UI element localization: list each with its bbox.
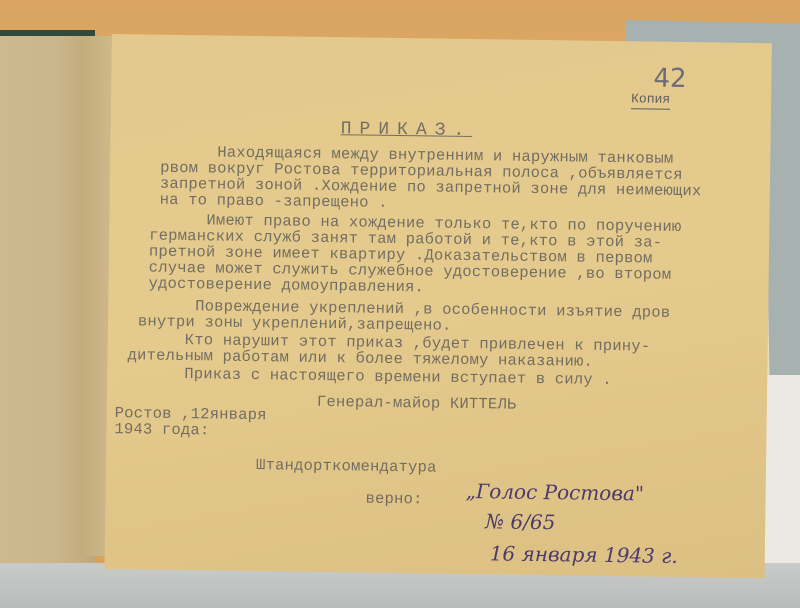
issuer: Штандорткомендатура xyxy=(256,456,437,477)
place-date-line-2: 1943 года: xyxy=(114,420,209,439)
signature-line: Генерал-майор КИТТЕЛЬ xyxy=(317,393,517,414)
white-paper-edge xyxy=(765,375,800,575)
handwritten-date: 16 января 1943 г. xyxy=(490,541,678,568)
body-line: удостоверение домоуправления. xyxy=(148,275,424,297)
body-line: на то право -запрещено . xyxy=(160,191,388,212)
typed-order-page: 42 Копия ПРИКАЗ. Находящаяся между внутр… xyxy=(105,34,772,578)
handwritten-issue: № 6/65 xyxy=(485,509,556,534)
handwritten-source: „Голос Ростова" xyxy=(465,479,644,505)
certified-label: верно: xyxy=(365,490,422,509)
document-title: ПРИКАЗ. xyxy=(341,119,473,141)
archive-number: 42 xyxy=(653,64,687,94)
copy-label: Копия xyxy=(631,91,670,110)
